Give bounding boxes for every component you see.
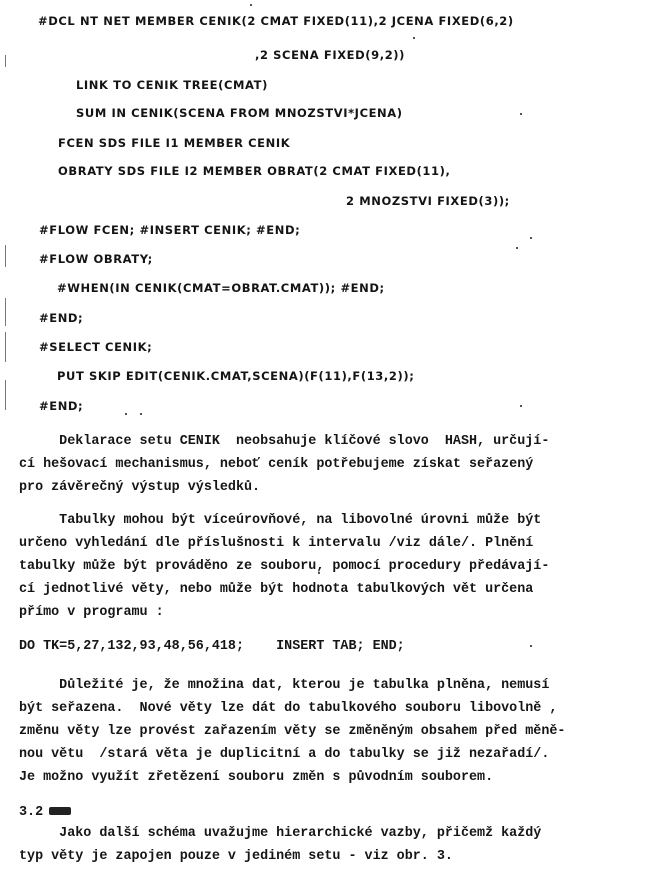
text-line: přímo v programu :	[19, 601, 619, 624]
code-line: #FLOW FCEN; #INSERT CENIK; #END;	[39, 223, 300, 237]
scan-artifact	[530, 237, 532, 239]
scan-artifact	[250, 4, 252, 6]
text-line: DO TK=5,27,132,93,48,56,418; INSERT TAB;…	[19, 635, 619, 658]
paragraph-tables: Tabulky mohou být víceúrovňové, na libov…	[19, 509, 619, 624]
code-line: #END;	[39, 311, 83, 325]
scan-artifact	[413, 37, 415, 39]
text-line: Jako další schéma uvažujme hierarchické …	[19, 822, 619, 845]
text-line: určeno vyhledání dle příslušnosti k inte…	[19, 532, 619, 555]
code-line: 2 MNOZSTVI FIXED(3));	[346, 194, 510, 208]
code-line: PUT SKIP EDIT(CENIK.CMAT,SCENA)(F(11),F(…	[57, 369, 414, 383]
code-line: #DCL NT NET MEMBER CENIK(2 CMAT FIXED(11…	[38, 14, 514, 28]
text-line: být seřazena. Nové věty lze dát do tabul…	[19, 697, 619, 720]
paragraph-hierarchical: Jako další schéma uvažujme hierarchické …	[19, 822, 619, 868]
scan-artifact	[5, 332, 6, 362]
scan-artifact	[516, 247, 518, 249]
code-line: #FLOW OBRATY;	[39, 252, 153, 266]
text-line: Důležité je, že množina dat, kterou je t…	[19, 674, 619, 697]
text-line: cí hešovací mechanismus, neboť ceník pot…	[19, 453, 619, 476]
text-line: nou větu /stará věta je duplicitní a do …	[19, 743, 619, 766]
text-line: Deklarace setu CENIK neobsahuje klíčové …	[19, 430, 619, 453]
code-line: FCEN SDS FILE I1 MEMBER CENIK	[58, 136, 290, 150]
text-line: tabulky může být prováděno ze souboru, p…	[19, 555, 619, 578]
text-line: typ věty je zapojen pouze v jediném setu…	[19, 845, 619, 868]
section-heading: 3.2	[19, 805, 71, 820]
scan-artifact	[520, 113, 522, 115]
scan-artifact	[530, 645, 532, 647]
scan-artifact	[520, 405, 522, 407]
text-line: cí jednotlivé věty, nebo může být hodnot…	[19, 578, 619, 601]
paragraph-set-declaration: Deklarace setu CENIK neobsahuje klíčové …	[19, 430, 619, 499]
scan-artifact	[5, 245, 6, 267]
scan-artifact	[5, 298, 6, 326]
code-line: #END;	[39, 399, 83, 413]
code-example: DO TK=5,27,132,93,48,56,418; INSERT TAB;…	[19, 635, 619, 658]
scan-artifact	[125, 413, 127, 415]
scan-artifact	[318, 572, 320, 574]
scan-artifact	[5, 55, 6, 67]
scan-artifact	[5, 380, 6, 410]
text-line: Tabulky mohou být víceúrovňové, na libov…	[19, 509, 619, 532]
code-line: #WHEN(IN CENIK(CMAT=OBRAT.CMAT)); #END;	[57, 281, 385, 295]
code-line: ,2 SCENA FIXED(9,2))	[255, 48, 405, 62]
scan-artifact	[140, 413, 142, 415]
section-number: 3.2	[19, 805, 43, 820]
text-line: pro závěrečný výstup výsledků.	[19, 476, 619, 499]
text-line: Je možno využít zřetězení souboru změn s…	[19, 766, 619, 789]
code-line: OBRATY SDS FILE I2 MEMBER OBRAT(2 CMAT F…	[58, 164, 450, 178]
code-line: #SELECT CENIK;	[39, 340, 152, 354]
code-line: LINK TO CENIK TREE(CMAT)	[76, 78, 268, 92]
scanned-document-page: #DCL NT NET MEMBER CENIK(2 CMAT FIXED(11…	[0, 0, 647, 883]
code-line: SUM IN CENIK(SCENA FROM MNOZSTVI*JCENA)	[76, 106, 403, 120]
paragraph-data-set: Důležité je, že množina dat, kterou je t…	[19, 674, 619, 789]
obscured-section-title	[49, 807, 71, 815]
text-line: změnu věty lze provést zařazením věty se…	[19, 720, 619, 743]
